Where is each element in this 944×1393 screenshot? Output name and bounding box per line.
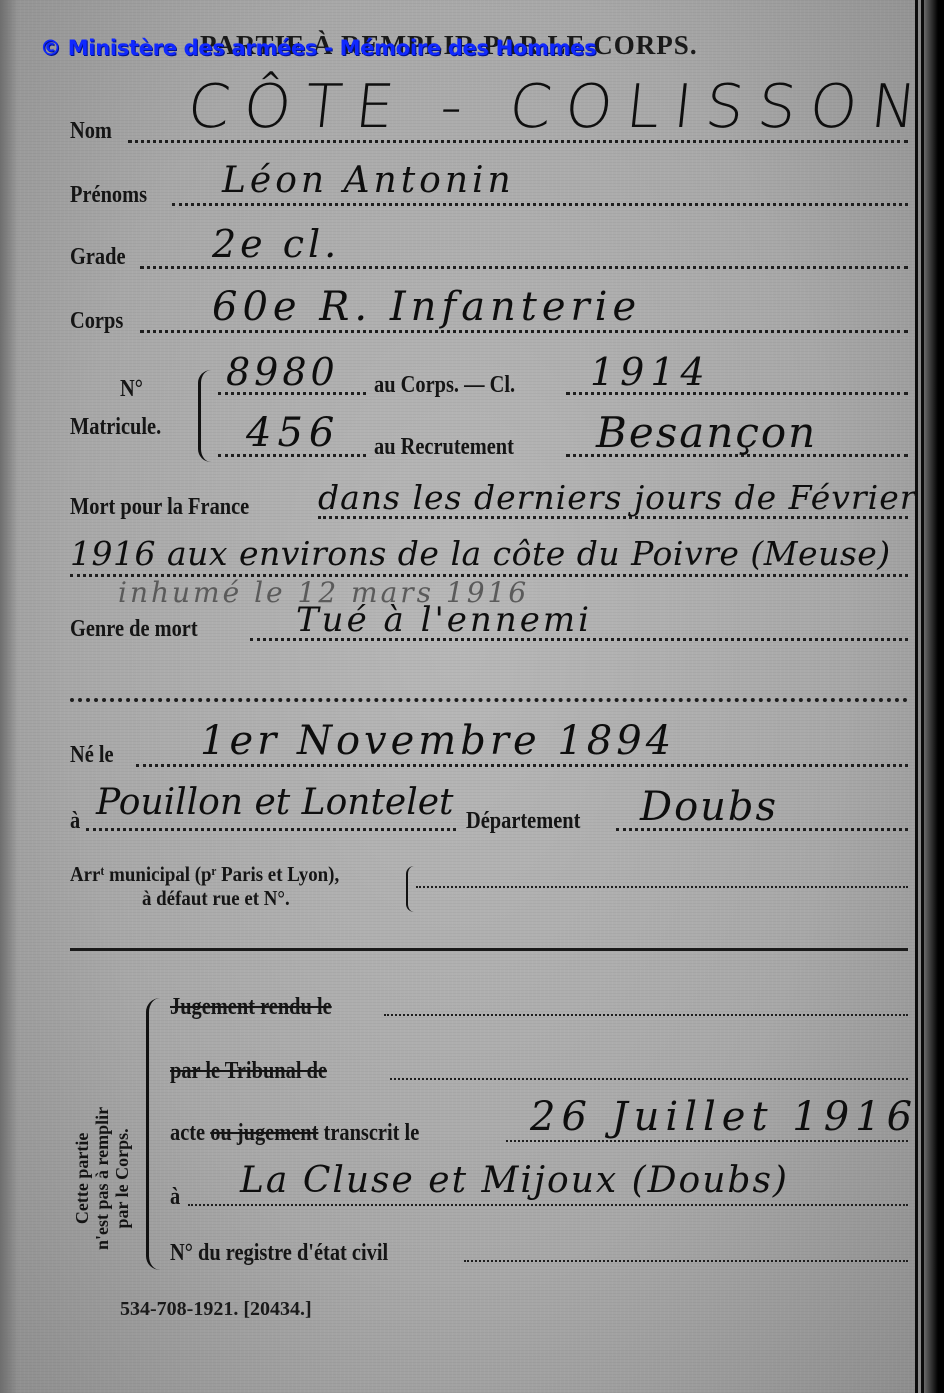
ne-le-line [136,764,908,767]
registre-label: N° du registre d'état civil [170,1240,388,1267]
mort-pour-la-france-line1: dans les derniers jours de Février [318,478,917,517]
prenoms-line [172,203,908,206]
lieu-naissance-line [86,828,456,831]
blank-line [70,698,908,702]
grade-line [140,266,908,269]
side-note-line-1: Cette partie [72,1107,92,1250]
classe-value: 1914 [590,350,711,394]
corps-class-label: au Corps. — Cl. [374,372,515,399]
departement-label: Département [466,808,580,835]
mort-pour-la-france-line2: 1916 aux environs de la côte du Poivre (… [70,534,891,573]
grade-label: Grade [70,244,126,271]
corps-line [140,330,908,333]
side-note-line-2: n'est pas à remplir [92,1107,112,1250]
grade-value: 2e cl. [212,222,340,266]
transcrit-value: 26 Juillet 1916 [530,1094,918,1140]
matricule-label: Matricule. [70,414,161,441]
registre-line [464,1260,908,1262]
transcrit-le-label: transcrit le [324,1120,420,1146]
arrondissement-brace [406,866,414,912]
arrondissement-label-1: Arrᵗ municipal (pʳ Paris et Lyon), [70,862,339,887]
copyright-watermark: © Ministère des armées - Mémoire des Hom… [40,36,596,60]
prenoms-label: Prénoms [70,182,147,209]
arrondissement-line [416,886,908,888]
print-reference-code: 534-708-1921. [20434.] [120,1298,312,1321]
tribunal-line [390,1078,908,1080]
nom-value: CÔTE - COLISSON [184,72,933,142]
genre-de-mort-label: Genre de mort [70,616,198,643]
document-scan: PARTIE À REMPLIR PAR LE CORPS. © Ministè… [0,0,915,1393]
lieu-naissance-label: à [70,808,80,835]
nom-label: Nom [70,118,112,145]
genre-de-mort-value: Tué à l'ennemi [296,600,592,640]
mort-pour-la-france-label: Mort pour la France [70,494,249,521]
ou-jugement-label: ou jugement [210,1120,318,1146]
corps-label: Corps [70,308,123,335]
ne-le-label: Né le [70,742,114,769]
recrutement-place-value: Besançon [596,408,817,457]
scan-edge-shadow [0,0,18,1393]
lieu-transcription-line [188,1204,908,1206]
recrutement-label: au Recrutement [374,434,514,461]
transcrit-line [506,1140,908,1142]
section-separator [70,948,908,951]
side-note-line-3: par le Corps. [112,1107,132,1250]
civil-section-side-note: Cette partie n'est pas à remplir par le … [72,1107,132,1250]
civil-section-brace [146,998,163,1270]
lieu-transcription-value: La Cluse et Mijoux (Doubs) [240,1160,789,1201]
recrutement-number-value: 456 [246,410,340,456]
departement-value: Doubs [640,784,778,830]
lieu-transcription-label: à [170,1184,180,1211]
matricule-no-label: N° [120,376,143,403]
corps-number-value: 8980 [226,350,339,394]
jugement-rendu-line [384,1014,908,1016]
matricule-brace [198,370,211,462]
corps-value: 60e R. Infanterie [212,284,641,330]
ne-le-value: 1er Novembre 1894 [200,718,675,764]
scan-right-edge [924,0,944,1393]
lieu-naissance-value: Pouillon et Lontelet [96,782,454,823]
tribunal-label: par le Tribunal de [170,1058,327,1085]
acte-label: acte [170,1120,205,1146]
arrondissement-label-2: à défaut rue et N°. [142,886,290,911]
jugement-rendu-label: Jugement rendu le [170,994,332,1021]
prenoms-value: Léon Antonin [222,160,515,201]
transcrit-label: acte ou jugement transcrit le [170,1120,419,1147]
